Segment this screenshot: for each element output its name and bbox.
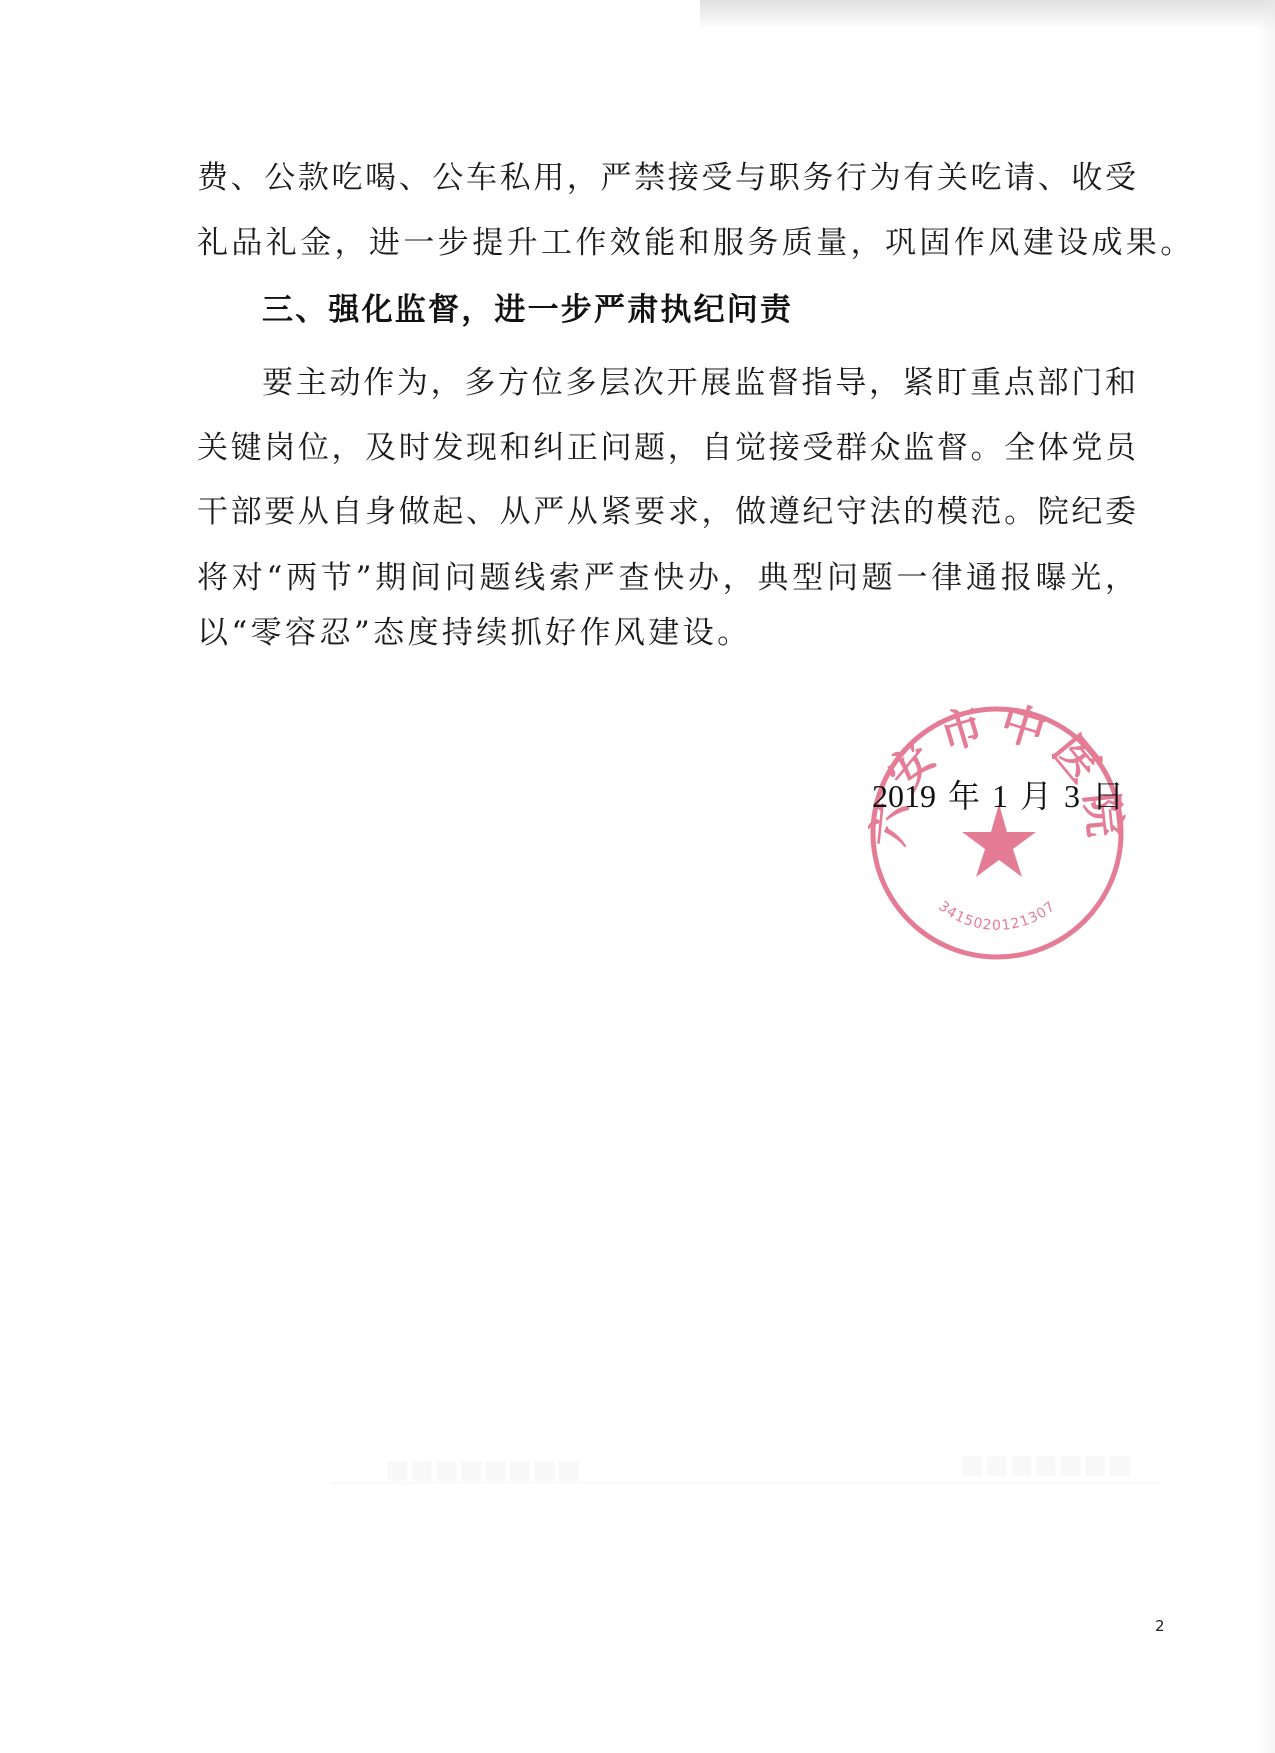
document-page: 费、公款吃喝、公车私用，严禁接受与职务行为有关吃请、收受 礼品礼金，进一步提升工…	[0, 0, 1275, 1753]
body-line: 关键岗位，及时发现和纠正问题，自觉接受群众监督。全体党员	[197, 426, 1137, 470]
body-line: 费、公款吃喝、公车私用，严禁接受与职务行为有关吃请、收受	[197, 156, 1137, 200]
document-date: 2019 年 1 月 3 日	[872, 774, 1124, 818]
bleed-through-mark: ■■■■■■■■	[385, 1455, 582, 1485]
official-seal-stamp: 六安市中医院 3415020121307	[868, 704, 1126, 962]
body-line: 将对“两节”期间问题线索严查快办，典型问题一律通报曝光，	[197, 556, 1137, 600]
body-line: 要主动作为，多方位多层次开展监督指导，紧盯重点部门和	[262, 361, 1137, 405]
body-line: 以“零容忍”态度持续抓好作风建设。	[197, 611, 1137, 655]
body-line: 礼品礼金，进一步提升工作效能和服务质量，巩固作风建设成果。	[197, 221, 1137, 265]
seal-code: 3415020121307	[935, 898, 1059, 934]
body-line: 干部要从自身做起、从严从紧要求，做遵纪守法的模范。院纪委	[197, 490, 1137, 534]
svg-text:3415020121307: 3415020121307	[935, 898, 1059, 934]
section-heading: 三、强化监督，进一步严肃执纪问责	[262, 288, 793, 332]
bleed-through-mark: ■■■■■■■	[960, 1450, 1132, 1480]
page-number: 2	[1155, 1617, 1165, 1635]
